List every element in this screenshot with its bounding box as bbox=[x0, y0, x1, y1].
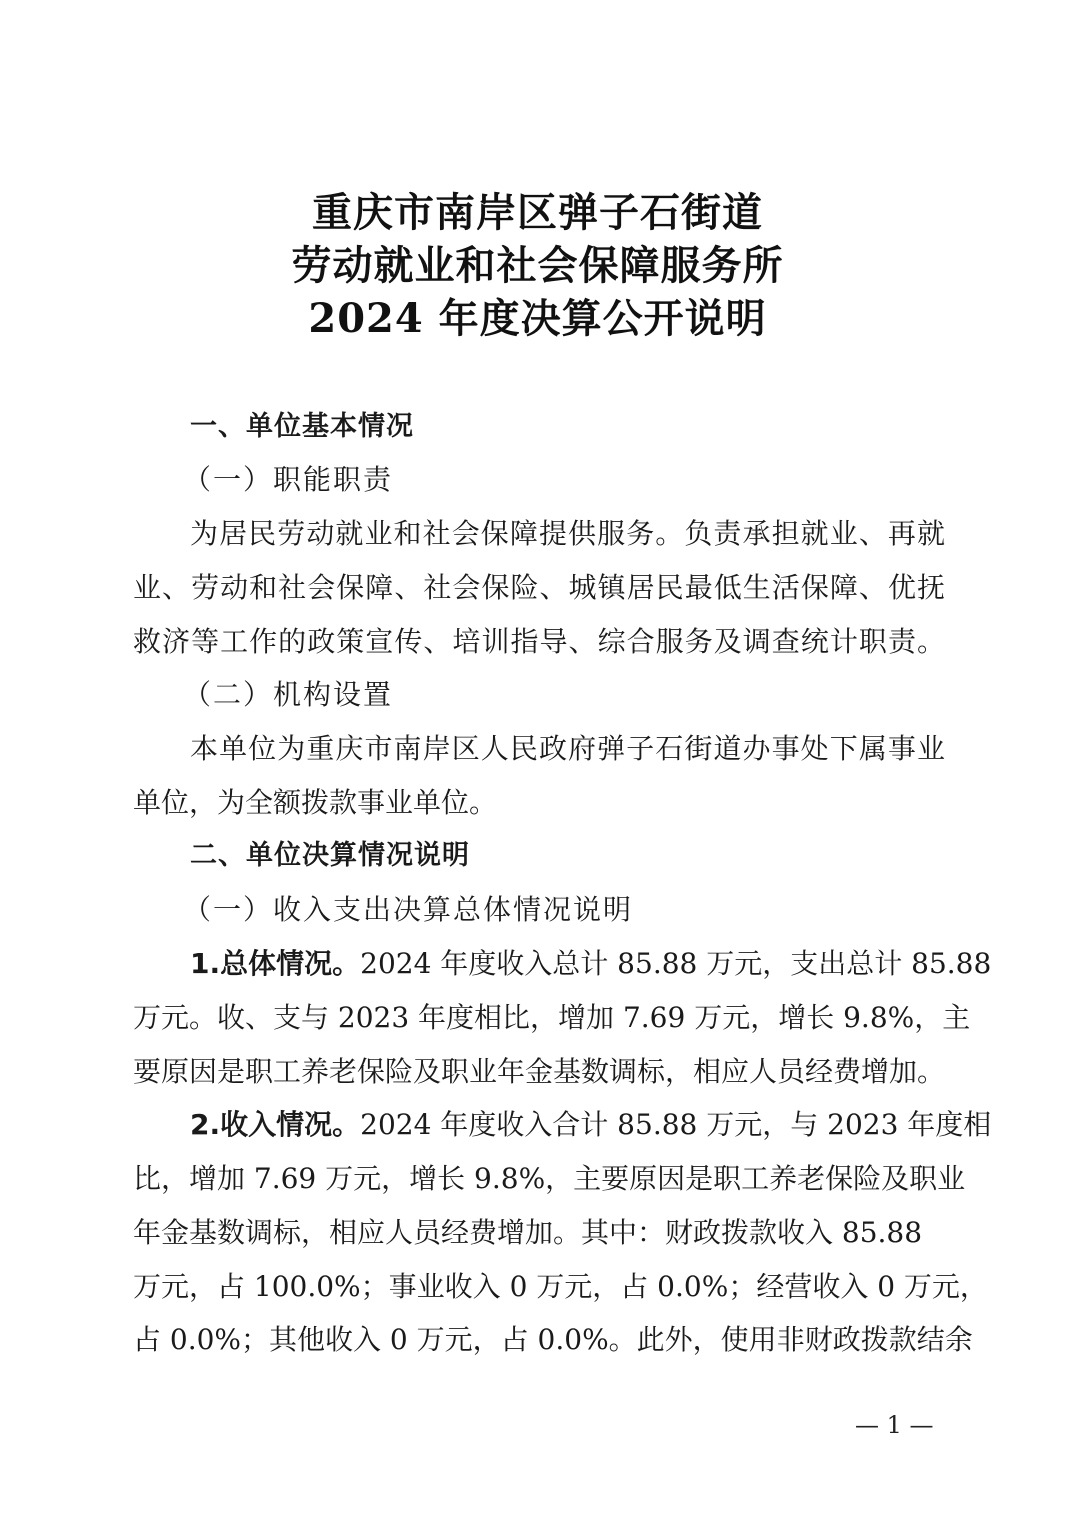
paragraph-line: 要原因是职工养老保险及职业年金基数调标，相应人员经费增加。 bbox=[133, 1054, 945, 1090]
title-line-2: 劳动就业和社会保障服务所 bbox=[0, 239, 1075, 292]
title-line-3: 2024 年度决算公开说明 bbox=[0, 292, 1075, 345]
paragraph-overall-first-line: 1.总体情况。 2024 年度收入总计 85.88 万元，支出总计 85.88 bbox=[190, 946, 945, 982]
paragraph-line: 万元，占 100.0%；事业收入 0 万元，占 0.0%；经营收入 0 万元， bbox=[133, 1269, 945, 1305]
subsection-heading-duties: （一）职能职责 bbox=[183, 462, 995, 498]
paragraph-line: 救济等工作的政策宣传、培训指导、综合服务及调查统计职责。 bbox=[133, 624, 945, 660]
paragraph-lead: 1.总体情况。 bbox=[190, 946, 360, 982]
paragraph-line: 为居民劳动就业和社会保障提供服务。负责承担就业、再就 bbox=[190, 516, 945, 552]
paragraph-line: 占 0.0%；其他收入 0 万元，占 0.0%。此外，使用非财政拨款结余 bbox=[133, 1322, 945, 1358]
paragraph-text: 2024 年度收入合计 85.88 万元，与 2023 年度相 bbox=[360, 1107, 991, 1143]
section-heading-2: 二、单位决算情况说明 bbox=[190, 838, 1002, 874]
page-number: — 1 — bbox=[855, 1410, 934, 1440]
subsection-heading-organization: （二）机构设置 bbox=[183, 677, 995, 713]
subsection-heading-income-expense: （一）收入支出决算总体情况说明 bbox=[183, 892, 995, 928]
paragraph-text: 2024 年度收入总计 85.88 万元，支出总计 85.88 bbox=[360, 946, 991, 982]
paragraph-line: 本单位为重庆市南岸区人民政府弹子石街道办事处下属事业 bbox=[190, 731, 945, 767]
paragraph-lead: 2.收入情况。 bbox=[190, 1107, 360, 1143]
document-title: 重庆市南岸区弹子石街道 劳动就业和社会保障服务所 2024 年度决算公开说明 bbox=[0, 186, 1075, 345]
paragraph-line: 万元。收、支与 2023 年度相比，增加 7.69 万元，增长 9.8%，主 bbox=[133, 1000, 945, 1036]
section-heading-1: 一、单位基本情况 bbox=[190, 409, 1002, 445]
paragraph-income-first-line: 2.收入情况。 2024 年度收入合计 85.88 万元，与 2023 年度相 bbox=[190, 1107, 945, 1143]
title-line-1: 重庆市南岸区弹子石街道 bbox=[0, 186, 1075, 239]
paragraph-line: 比，增加 7.69 万元，增长 9.8%，主要原因是职工养老保险及职业 bbox=[133, 1161, 945, 1197]
document-page: 重庆市南岸区弹子石街道 劳动就业和社会保障服务所 2024 年度决算公开说明 一… bbox=[0, 0, 1075, 1520]
paragraph-line: 年金基数调标，相应人员经费增加。其中：财政拨款收入 85.88 bbox=[133, 1215, 928, 1251]
paragraph-line: 单位，为全额拨款事业单位。 bbox=[133, 785, 945, 821]
paragraph-line: 业、劳动和社会保障、社会保险、城镇居民最低生活保障、优抚 bbox=[133, 570, 945, 606]
